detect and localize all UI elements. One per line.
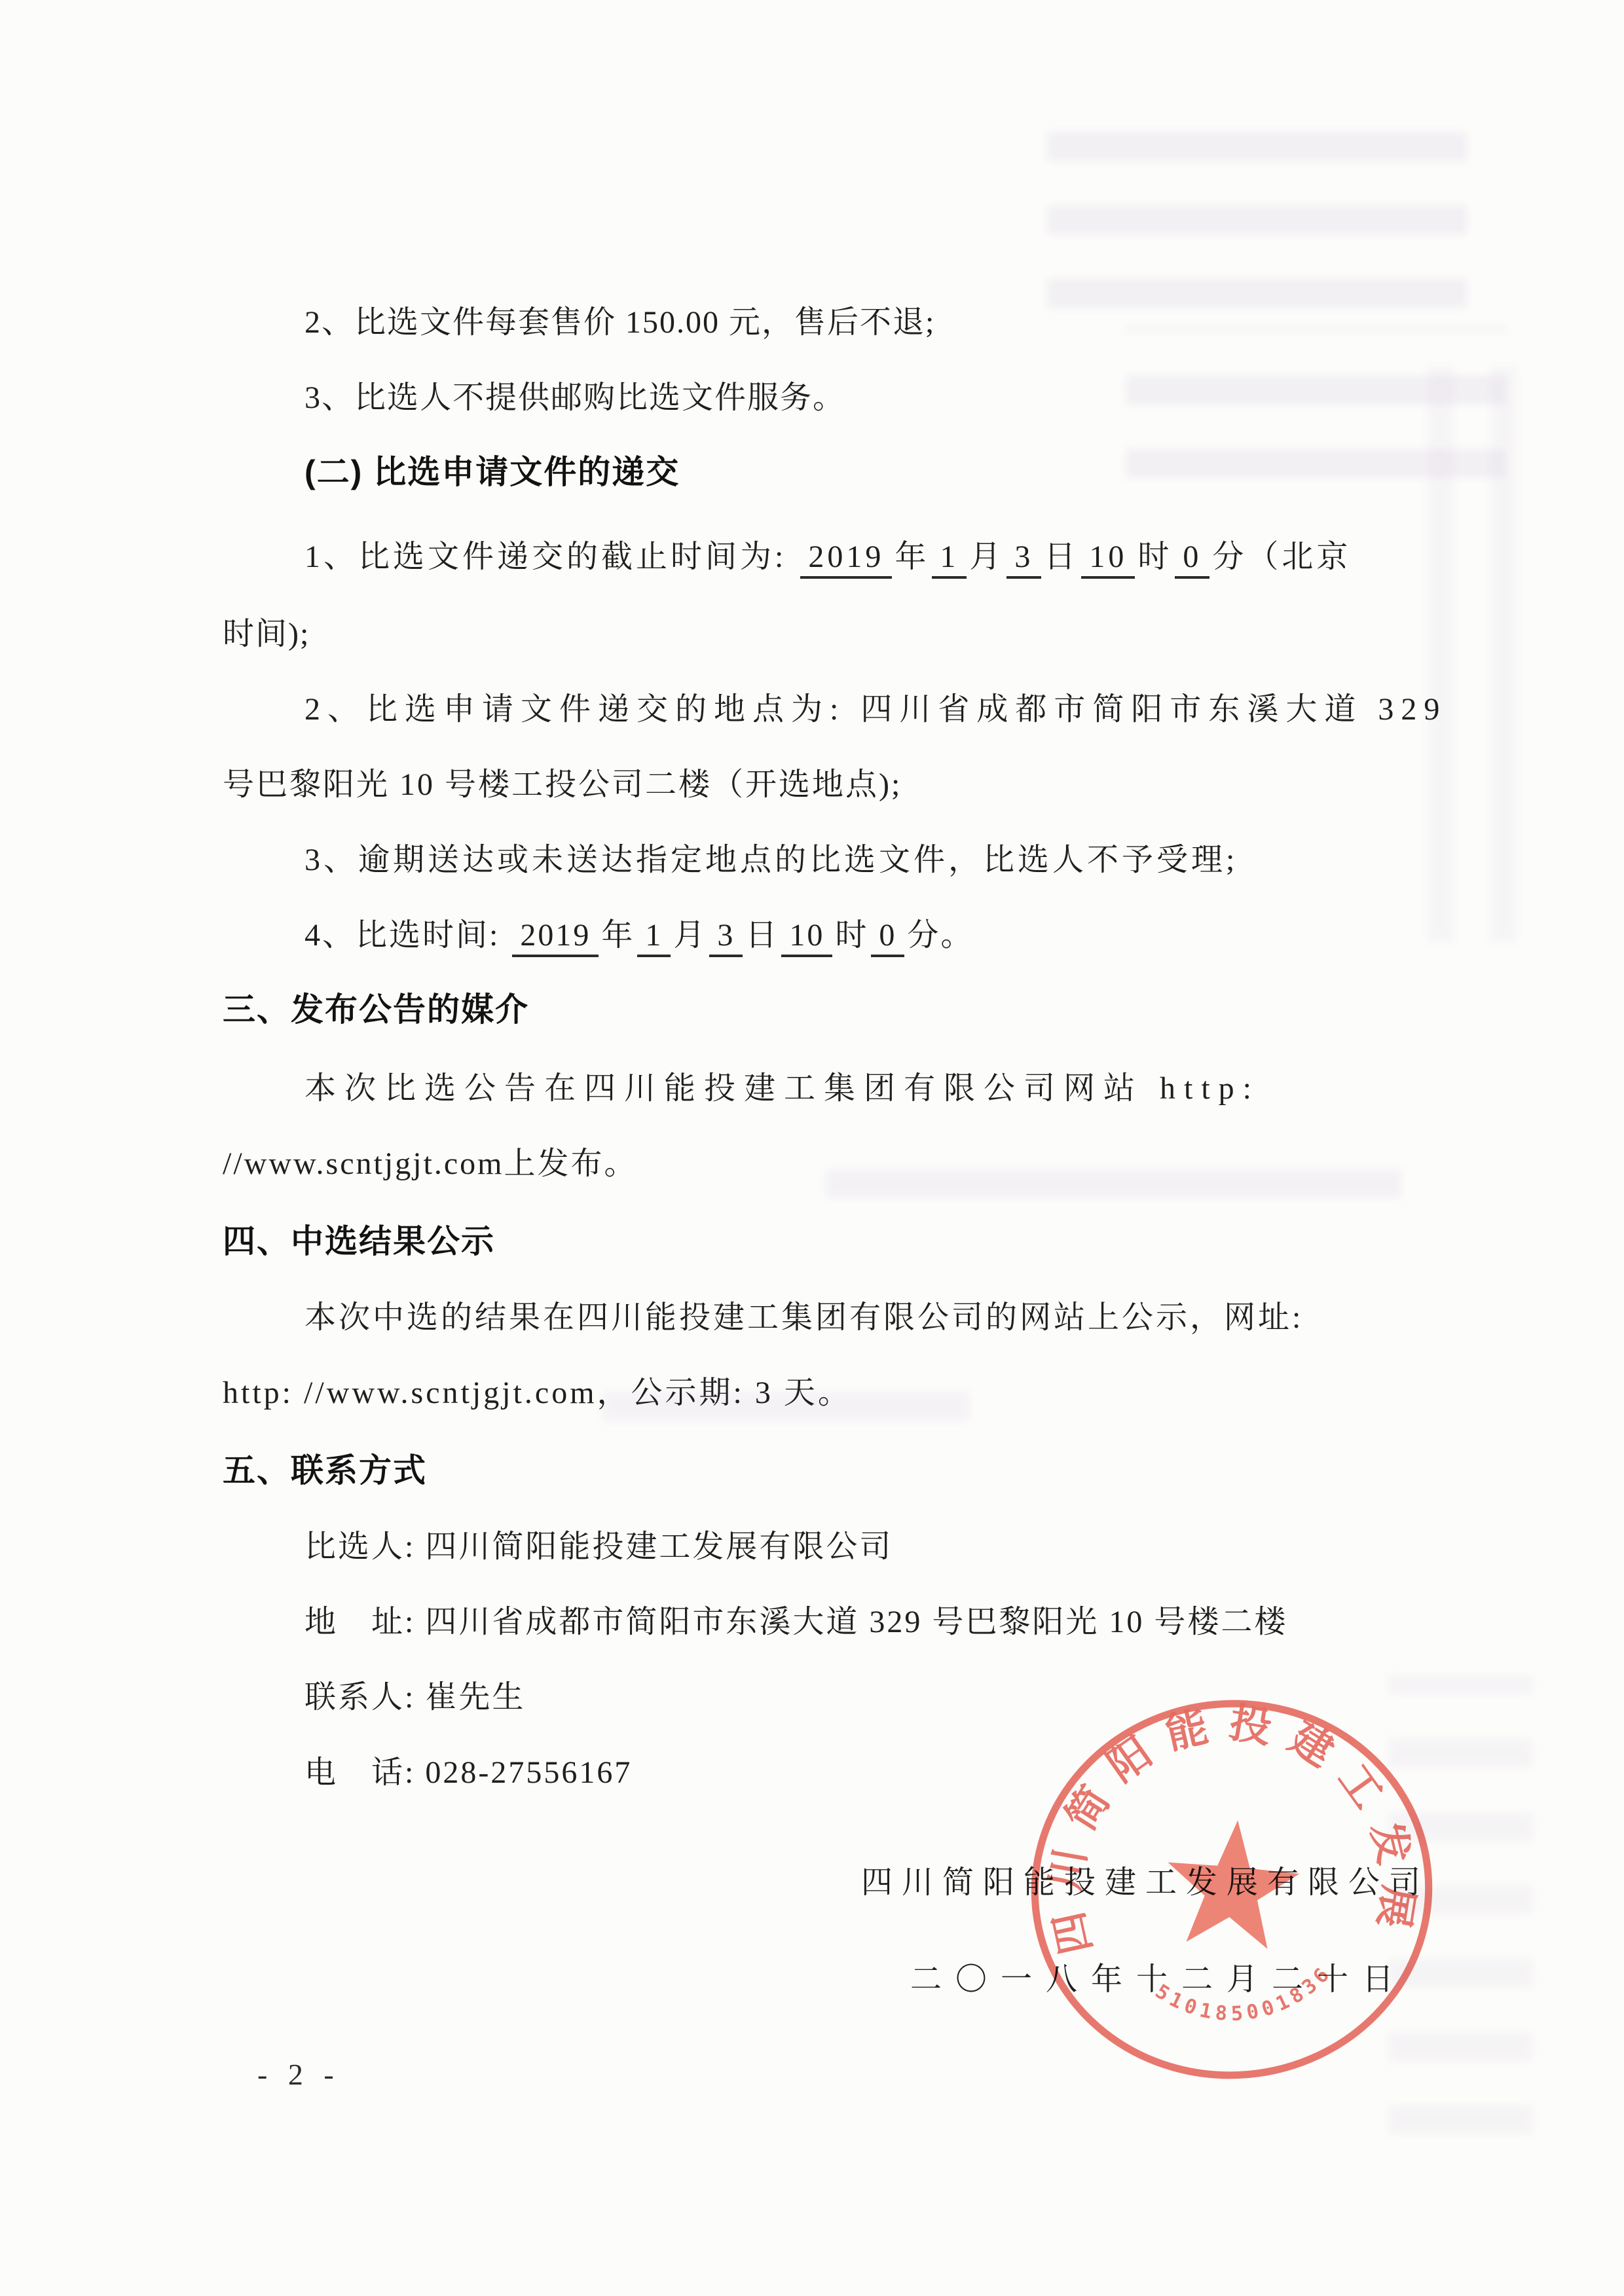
select-time-day: 3 xyxy=(709,919,743,957)
deadline-month: 1 xyxy=(932,541,967,579)
select-time-month: 1 xyxy=(637,919,671,957)
clause-no-mail-order: 3、比选人不提供邮购比选文件服务。 xyxy=(304,378,845,418)
deadline-prefix: 1、比选文件递交的截止时间为: xyxy=(304,539,798,574)
seal-arc-company-text: 四川简阳能投建工发展有限公司 xyxy=(1004,1677,1428,1984)
section3-heading: 三、发布公告的媒介 xyxy=(223,989,529,1030)
bleed-through-artifact xyxy=(1388,1676,1532,2134)
contact-address: 地 址: 四川省成都市简阳市东溪大道 329 号巴黎阳光 10 号楼二楼 xyxy=(304,1602,1287,1643)
clause-overdue: 3、逾期送达或未送达指定地点的比选文件，比选人不予受理; xyxy=(304,840,1238,881)
scanned-document-page: { "doc": { "item2": "2、比选文件每套售价 150.00 元… xyxy=(0,0,1624,2296)
section4-heading: 四、中选结果公示 xyxy=(223,1221,495,1262)
bleed-through-artifact xyxy=(1126,327,1506,478)
clause-submit-place-2: 号巴黎阳光 10 号楼工投公司二楼（开选地点); xyxy=(223,765,902,805)
bleed-through-artifact xyxy=(825,1133,1401,1198)
section2-heading: (二) 比选申请文件的递交 xyxy=(304,452,680,492)
section5-heading: 五、联系方式 xyxy=(223,1450,427,1491)
section4-paragraph-1: 本次中选的结果在四川能投建工集团有限公司的网站上公示，网址: xyxy=(304,1298,1303,1338)
select-time-year: 2019 xyxy=(512,919,599,957)
clause-submit-place-1: 2、比选申请文件递交的地点为: 四川省成都市简阳市东溪大道 329 xyxy=(304,689,1447,730)
bleed-through-artifact xyxy=(1048,118,1467,308)
clause-select-time: 4、比选时间: 2019年1月3日10时0分。 xyxy=(304,915,974,957)
clause-file-price: 2、比选文件每套售价 150.00 元，售后不退; xyxy=(304,302,935,343)
signature-company: 四川简阳能投建工发展有限公司 xyxy=(861,1863,1430,1903)
deadline-day: 3 xyxy=(1006,541,1041,579)
select-time-prefix: 4、比选时间: xyxy=(304,918,509,953)
clause-deadline: 1、比选文件递交的截止时间为: 2019年1月3日10时0分（北京 xyxy=(304,537,1351,579)
section3-paragraph-1: 本次比选公告在四川能投建工集团有限公司网站 http: xyxy=(304,1068,1260,1109)
clause-deadline-wrap: 时间); xyxy=(223,614,310,655)
deadline-minute: 0 xyxy=(1175,541,1209,579)
contact-person: 联系人: 崔先生 xyxy=(304,1677,525,1718)
section4-paragraph-2: http: //www.scntjgjt.com，公示期: 3 天。 xyxy=(223,1373,852,1413)
contact-phone: 电 话: 028-27556167 xyxy=(304,1753,632,1793)
select-time-minute: 0 xyxy=(871,919,904,957)
signature-date: 二〇一八年十二月二十日 xyxy=(910,1959,1407,2000)
bleed-through-artifact xyxy=(1428,367,1519,943)
deadline-hour: 10 xyxy=(1081,541,1135,579)
deadline-year: 2019 xyxy=(800,541,892,579)
section3-paragraph-2: //www.scntjgjt.com上发布。 xyxy=(223,1144,638,1184)
contact-bidder: 比选人: 四川简阳能投建工发展有限公司 xyxy=(304,1527,893,1567)
select-time-hour: 10 xyxy=(781,919,832,957)
page-number: - 2 - xyxy=(257,2054,341,2095)
